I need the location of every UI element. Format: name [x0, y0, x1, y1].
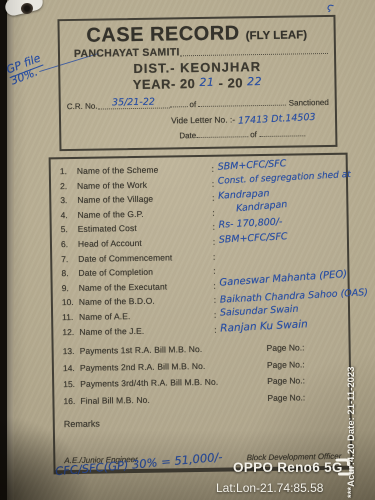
of-label: of: [187, 100, 198, 109]
row-colon: :: [208, 193, 218, 203]
camera-watermark-device: OPPO Reno6 5G: [233, 460, 343, 475]
row-number: 11.: [53, 312, 79, 322]
row-label: Name of the B.D.O.: [79, 295, 210, 307]
row-label: Name of A.E.: [79, 310, 210, 322]
row-colon: :: [208, 178, 218, 188]
row-label: Name of the J.E.: [79, 324, 210, 336]
row-number: 16.: [54, 396, 80, 406]
page-no-label: Page No.:: [267, 375, 305, 386]
row-number: 5.: [52, 224, 78, 234]
row-label: Name of the G.P.: [77, 208, 208, 220]
row-colon: :: [209, 237, 219, 247]
date-label: Date: [179, 131, 196, 140]
row-number: 8.: [52, 268, 78, 278]
dotted-line: [196, 136, 248, 138]
row-number: 12.: [53, 326, 79, 336]
row-label: Name of the Village: [77, 193, 208, 205]
row-number: 2.: [51, 181, 77, 191]
row-colon: :: [209, 222, 219, 232]
dotted-line: [180, 53, 328, 56]
form-table: 1. Name of the Scheme : SBM+CFC/SFC 2. N…: [49, 153, 353, 475]
row-colon: :: [208, 207, 218, 217]
dotted-line: [259, 135, 305, 137]
form-title-suffix: (FLY LEAF): [246, 29, 308, 42]
row-label: Estimated Cost: [78, 222, 209, 234]
panchayat-samiti-label: PANCHAYAT SAMITI: [74, 46, 180, 60]
row-label: Name of the Work: [77, 178, 208, 190]
row-colon: :: [209, 251, 219, 261]
photo-of-document: GP file 30%. ϛ CASE RECORD (FLY LEAF) PA…: [0, 0, 375, 500]
row-colon: :: [210, 280, 220, 290]
row-number: 15.: [54, 379, 80, 389]
year-mid: - 20: [218, 75, 243, 90]
row-label: Payments 3rd/4th R.A. Bill M.B. No.: [80, 377, 240, 390]
ink-mark: ϛ: [326, 2, 334, 14]
year-prefix: YEAR- 20: [133, 76, 196, 92]
row-number: 7.: [52, 253, 78, 263]
row-label: Name of the Executant: [79, 281, 210, 293]
row-colon: :: [210, 295, 220, 305]
date-of-label: of: [248, 130, 259, 139]
background-edge: [0, 0, 7, 500]
vide-letter-label: Vide Letter No. :-: [171, 114, 235, 125]
case-record-form: CASE RECORD (FLY LEAF) PANCHAYAT SAMITI …: [46, 15, 352, 475]
row-label: Payments 1st R.A. Bill M.B. No.: [80, 344, 240, 357]
row-number: 13.: [54, 346, 80, 356]
row-label: Head of Account: [78, 237, 209, 249]
row-number: 4.: [51, 210, 77, 220]
page-no-label: Page No.:: [267, 359, 305, 370]
row-colon: :: [210, 324, 220, 334]
row-number: 6.: [52, 239, 78, 249]
row-colon: :: [210, 310, 220, 320]
sanctioned-label: Sanctioned: [286, 98, 329, 108]
header-box: CASE RECORD (FLY LEAF) PANCHAYAT SAMITI …: [57, 15, 337, 151]
row-label: Date of Completion: [78, 266, 209, 278]
row-number: 1.: [51, 166, 77, 176]
cr-no-value-handwriting: 35/21-22: [97, 96, 169, 109]
row-label: Final Bill M.B. No.: [80, 393, 240, 406]
row-number: 3.: [51, 195, 77, 205]
row-value-handwriting: SBM+CFC/SFC: [217, 155, 345, 172]
year-from-handwriting: 21: [199, 76, 214, 89]
row-colon: :: [208, 164, 218, 174]
dotted-line: [198, 105, 286, 107]
cr-no-label: C.R. No.: [67, 102, 98, 111]
row-colon: :: [209, 266, 219, 276]
year-line: YEAR- 20 21 - 20 22: [66, 74, 328, 93]
row-number: 9.: [53, 283, 79, 293]
camera-watermark-latlon: Lat:Lon-21.74:85.58: [216, 481, 323, 495]
row-label: Name of the Scheme: [77, 164, 208, 176]
row-number: 10.: [53, 297, 79, 307]
row-label: Payments 2nd R.A. Bill M.B. No.: [80, 360, 240, 373]
year-to-handwriting: 22: [247, 75, 262, 88]
page-no-label: Page No.:: [267, 342, 305, 353]
row-number: 14.: [54, 363, 80, 373]
camera-watermark-side-text: ***Acur:4.20 Date: 21-11-2023: [346, 270, 358, 498]
vide-letter-value-handwriting: 17413 Dt.14503: [238, 112, 316, 127]
form-title: CASE RECORD: [86, 22, 240, 47]
table-row: 16. Final Bill M.B. No. Page No.:: [54, 391, 349, 412]
dotted-line: [169, 106, 187, 107]
page-no-label: Page No.:: [267, 392, 305, 403]
row-label: Date of Commencement: [78, 251, 209, 263]
